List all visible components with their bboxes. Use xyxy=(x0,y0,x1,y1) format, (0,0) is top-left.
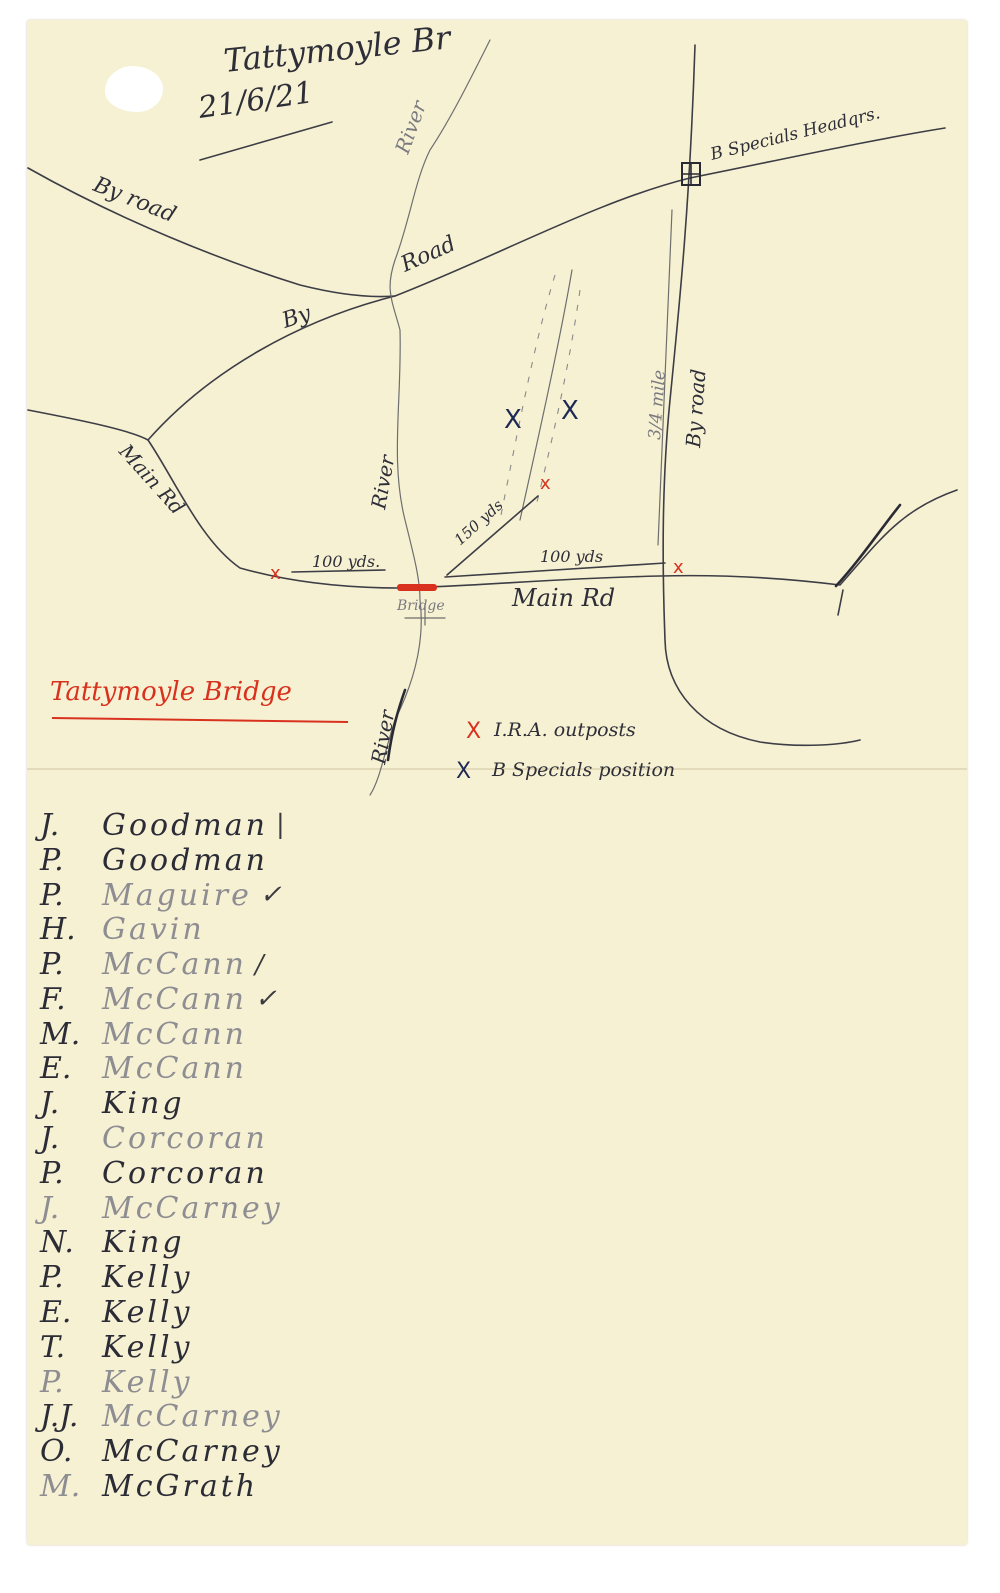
label-by-road-top-left: By road xyxy=(89,172,180,228)
name-surname: McCann xyxy=(102,1051,247,1086)
ira-outpost-marker-left: x xyxy=(270,563,281,584)
list-item: P.Corcoran xyxy=(40,1156,360,1191)
hq-square-icon xyxy=(682,163,700,185)
list-item: P.McCann/ xyxy=(40,947,360,982)
date-underline xyxy=(200,122,332,160)
name-surname: McCarney xyxy=(102,1399,283,1434)
name-initial: M. xyxy=(40,1017,102,1052)
label-main-rd-left: Main Rd xyxy=(114,439,190,520)
list-item: J.King xyxy=(40,1086,360,1121)
label-by-road-right: By road xyxy=(681,368,711,449)
list-item: F.McCann✓ xyxy=(40,982,360,1017)
bridge-marker xyxy=(397,584,437,591)
list-item: M.McGrath xyxy=(40,1469,360,1504)
name-surname: Kelly xyxy=(102,1295,193,1330)
map-title-underline xyxy=(52,718,348,722)
name-surname: King xyxy=(102,1086,185,1121)
header-title: Tattymoyle Br xyxy=(222,18,454,80)
legend-ira-symbol: X xyxy=(466,719,481,744)
list-item: J.Goodman| xyxy=(40,808,360,843)
name-initial: J. xyxy=(40,1086,102,1121)
legend-ira-label: I.R.A. outposts xyxy=(493,719,636,741)
name-initial: P. xyxy=(40,1156,102,1191)
name-surname: McCann xyxy=(102,1017,247,1052)
label-distance-mile: 3/4 mile xyxy=(645,369,670,440)
label-distance-left: 100 yds. xyxy=(312,552,380,571)
name-surname: Kelly xyxy=(102,1260,193,1295)
name-initial: P. xyxy=(40,843,102,878)
list-item: E.McCann xyxy=(40,1052,360,1087)
spur-road xyxy=(838,590,843,615)
name-initial: M. xyxy=(40,1469,102,1504)
legend-b-specials-symbol: X xyxy=(456,759,471,784)
name-initial: N. xyxy=(40,1225,102,1260)
name-initial: O. xyxy=(40,1434,102,1469)
name-initial: T. xyxy=(40,1330,102,1365)
name-surname: Corcoran xyxy=(102,1121,268,1156)
name-surname: Goodman xyxy=(102,808,268,843)
name-surname: McCann xyxy=(102,947,247,982)
name-initial: P. xyxy=(40,1365,102,1400)
name-surname: Gavin xyxy=(102,912,205,947)
name-initial: H. xyxy=(40,912,102,947)
list-item: P.Kelly xyxy=(40,1260,360,1295)
list-item: O.McCarney xyxy=(40,1434,360,1469)
ira-outpost-marker-hedge: x xyxy=(540,473,551,494)
map-title: Tattymoyle Bridge xyxy=(50,677,292,707)
list-item: T.Kelly xyxy=(40,1330,360,1365)
list-item: E.Kelly xyxy=(40,1295,360,1330)
b-specials-marker-1: X xyxy=(504,405,522,435)
list-item: M.McCann xyxy=(40,1017,360,1052)
b-specials-marker-2: X xyxy=(561,396,579,426)
header-date: 21/6/21 xyxy=(195,75,315,126)
river xyxy=(370,40,490,795)
list-item: H.Gavin xyxy=(40,912,360,947)
list-item: P.Kelly xyxy=(40,1365,360,1400)
list-item: J.McCarney xyxy=(40,1191,360,1226)
name-initial: F. xyxy=(40,982,102,1017)
name-initial: J. xyxy=(40,808,102,843)
label-bridge: Bridge xyxy=(396,598,445,614)
label-by-road-center-left: By xyxy=(278,301,314,334)
label-distance-diag: 150 yds xyxy=(451,496,507,549)
name-surname: King xyxy=(102,1225,185,1260)
main-road-bend-right xyxy=(836,505,900,586)
label-river-bottom: River xyxy=(366,707,399,767)
name-surname: Maguire xyxy=(102,878,252,913)
name-surname: McCann xyxy=(102,982,247,1017)
list-item: N.King xyxy=(40,1226,360,1261)
name-surname: Goodman xyxy=(102,843,268,878)
ira-outpost-marker-right: x xyxy=(673,557,684,578)
by-road-top-left xyxy=(28,168,395,297)
list-item: P.Goodman xyxy=(40,843,360,878)
name-initial: P. xyxy=(40,878,102,913)
label-by-road-center-right: Road xyxy=(396,231,459,277)
label-river-top: River xyxy=(390,96,432,157)
name-initial: E. xyxy=(40,1051,102,1086)
name-surname: McCarney xyxy=(102,1434,283,1469)
name-initial: J. xyxy=(40,1191,102,1226)
legend-b-specials-label: B Specials position xyxy=(491,759,675,781)
by-road-diagonal xyxy=(148,128,945,440)
name-surname: Kelly xyxy=(102,1365,193,1400)
name-surname: McCarney xyxy=(102,1191,283,1226)
label-main-rd-right: Main Rd xyxy=(511,584,615,612)
name-initial: J. xyxy=(40,1121,102,1156)
label-river-middle: River xyxy=(366,452,399,512)
tick-icon: | xyxy=(276,810,285,840)
label-distance-right: 100 yds xyxy=(540,547,603,566)
name-initial: E. xyxy=(40,1295,102,1330)
tick-icon: / xyxy=(255,950,264,980)
list-item: P.Maguire✓ xyxy=(40,878,360,913)
legend: X I.R.A. outposts X B Specials position xyxy=(456,719,675,784)
tick-icon: ✓ xyxy=(255,984,277,1014)
name-surname: Corcoran xyxy=(102,1156,268,1191)
list-item: J.J.McCarney xyxy=(40,1400,360,1435)
tick-icon: ✓ xyxy=(260,880,282,910)
name-initial: J.J. xyxy=(40,1399,102,1434)
name-initial: P. xyxy=(40,947,102,982)
name-initial: P. xyxy=(40,1260,102,1295)
names-list: J.Goodman| P.Goodman P.Maguire✓ H.Gavin … xyxy=(40,808,360,1504)
name-surname: McGrath xyxy=(102,1469,258,1504)
name-surname: Kelly xyxy=(102,1330,193,1365)
list-item: J.Corcoran xyxy=(40,1121,360,1156)
